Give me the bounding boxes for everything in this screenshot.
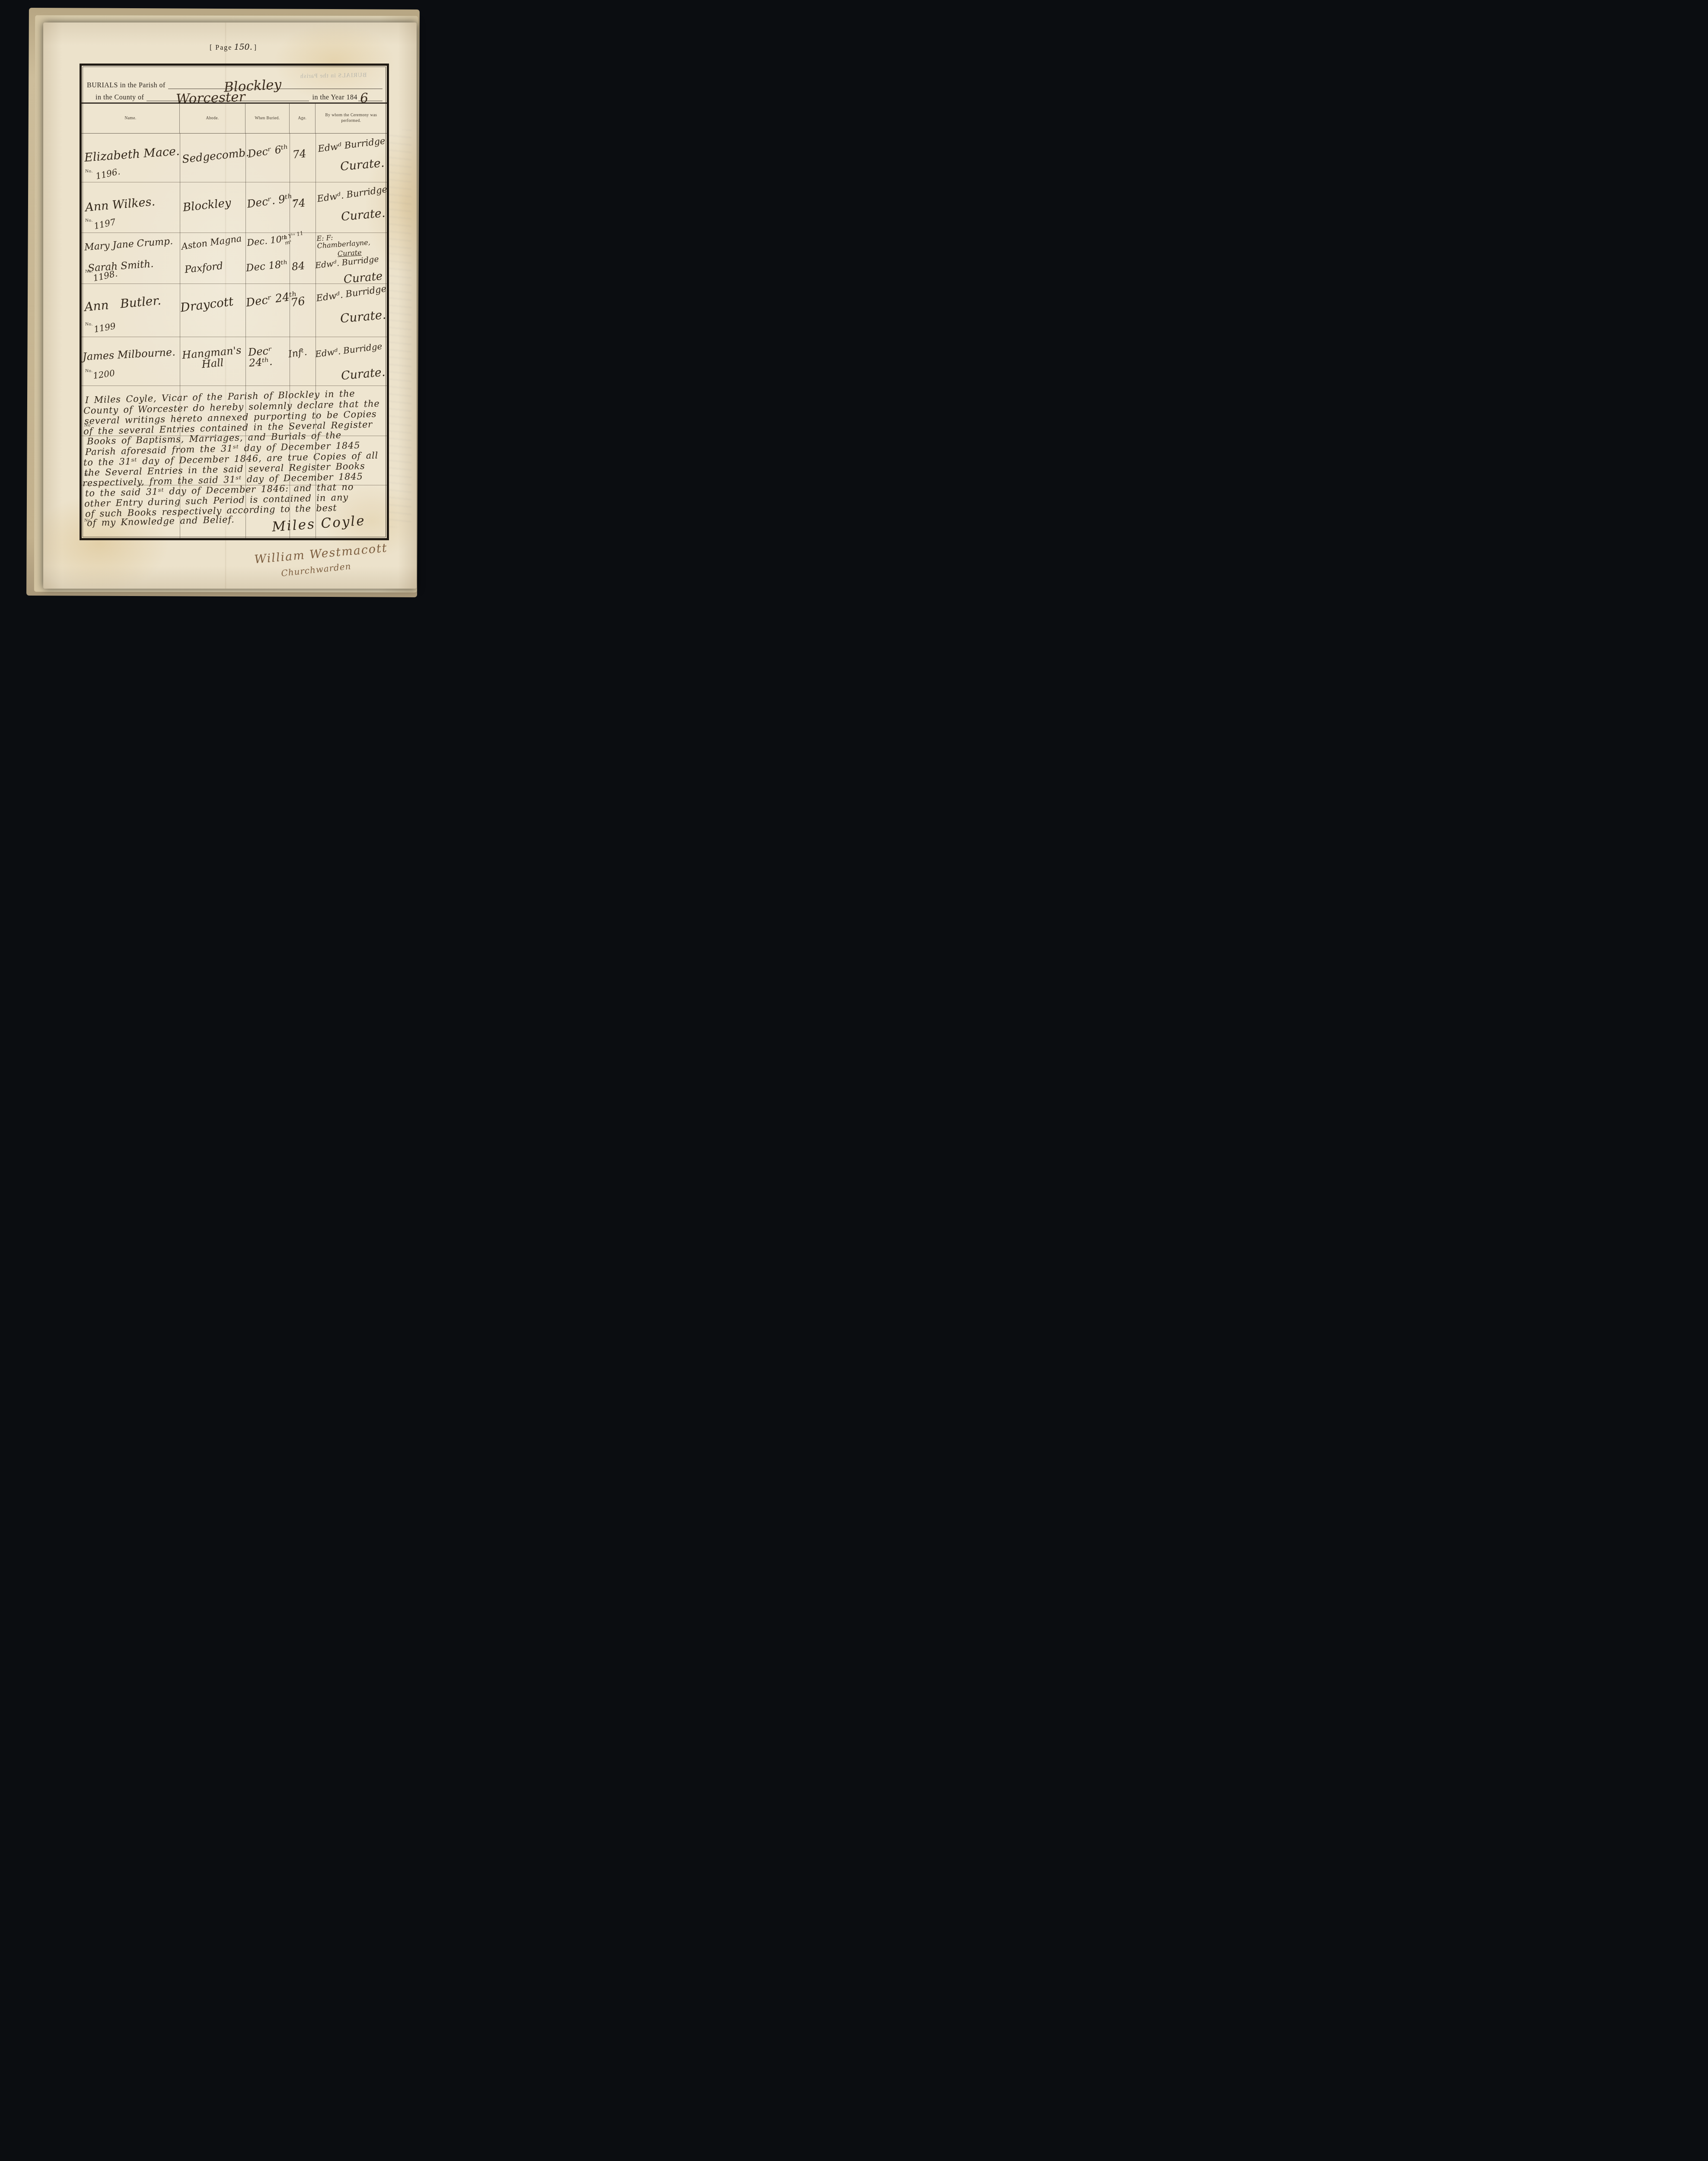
- no-label: No.: [85, 218, 93, 223]
- entry-number: 1199: [93, 322, 117, 335]
- entry-number: 1200: [92, 369, 115, 381]
- grid-hline-4: [82, 284, 387, 284]
- entry-minister: Edwᵈ. Burridge: [315, 342, 382, 359]
- entry-minister: Edwᵈ Burridge: [317, 136, 386, 154]
- no-label: No: [84, 423, 90, 428]
- no-label: No.: [84, 518, 92, 523]
- column-header-when-buried: When Buried.: [245, 104, 290, 133]
- entry-minister: Edwᵈ. Burridge: [316, 185, 388, 204]
- entry-name: Elizabeth Mace.: [84, 145, 180, 164]
- entry-when-buried: Dec 18ᵗʰ: [245, 259, 288, 274]
- no-label: No.: [85, 169, 93, 174]
- entry-when-buried: Dec. 10ᵗʰ: [246, 234, 288, 248]
- entry-abode: Hangman's Hall: [181, 345, 243, 372]
- entry-age: 74: [292, 148, 307, 160]
- entry-when-buried: Decʳ 6ᵗʰ: [247, 143, 289, 160]
- entry-name: James Milbourne.: [82, 347, 175, 362]
- header-line-2: in the County of Worcester in the Year 1…: [96, 87, 382, 101]
- entry-name: Sarah Smith.: [87, 259, 154, 274]
- entry-minister: Edwᵈ. Burridge: [315, 255, 379, 270]
- entry-age: 76: [290, 296, 306, 309]
- no-label: No: [84, 472, 90, 477]
- in-year-printed: in the Year 184: [312, 94, 357, 101]
- entry-minister: E: F: Chamberlayne,: [316, 232, 373, 250]
- entry-minister-title: Curate.: [341, 367, 386, 382]
- entry-name: Ann Butler.: [84, 294, 162, 313]
- grid-hline-1: [82, 133, 387, 134]
- grid-hline-3: [82, 233, 387, 233]
- entry-number: 1197: [93, 217, 116, 231]
- column-header-age: Age.: [290, 104, 315, 133]
- grid-hline-6: [82, 386, 387, 386]
- ink-bleedthrough-strip: [387, 130, 411, 527]
- declaration-line: of my Knowledge and Belief.: [87, 515, 235, 528]
- no-label: No.: [85, 322, 93, 327]
- entry-when-buried: Decʳ. 9ᵗʰ.: [246, 192, 297, 210]
- no-label: No.: [85, 368, 93, 373]
- column-header-ceremony: By whom the Ceremony was performed.: [315, 104, 387, 133]
- entry-when-buried: Decʳ 24ᵗʰ.: [248, 344, 288, 369]
- entry-age: Infᵗ.: [288, 347, 308, 360]
- column-header-row: Name. Abode. When Buried. Age. By whom t…: [82, 102, 387, 133]
- entry-abode: Sedgecomb.: [182, 147, 249, 165]
- entry-age: 84: [291, 260, 306, 272]
- county-fill-rule: Worcester: [147, 87, 309, 101]
- entry-abode: Draycott: [180, 295, 234, 314]
- entry-minister-title: Curate.: [341, 207, 386, 223]
- entry-abode: Aston Magna: [181, 233, 242, 251]
- vicar-signature: Miles Coyle: [271, 513, 366, 535]
- entry-minister: Edwᵈ. Burridge: [315, 284, 387, 303]
- grid-hline-5: [82, 337, 387, 337]
- page-label-prefix: [ Page: [210, 44, 232, 51]
- entry-abode: Blockley: [182, 197, 232, 214]
- parish-fill-rule: Blockley: [168, 70, 382, 89]
- page-number-label: [ Page 150. ]: [186, 42, 281, 52]
- page-label-suffix: ]: [254, 44, 257, 51]
- in-county-of-printed: in the County of: [96, 94, 144, 101]
- entry-abode: Paxford: [184, 261, 223, 275]
- entry-minister-title: Curate.: [340, 308, 386, 325]
- entry-age: 74: [291, 197, 306, 210]
- column-header-abode: Abode.: [180, 104, 245, 133]
- header-line-1: BURIALS in the Parish of Blockley: [87, 71, 382, 89]
- burial-register-table: BURIALS in the Parish of Blockley in the…: [80, 64, 389, 540]
- year-fill-rule: 6: [358, 87, 382, 101]
- entry-number: 1196.: [95, 167, 121, 181]
- column-header-name: Name.: [82, 104, 180, 133]
- entry-name: Ann Wilkes.: [85, 196, 156, 214]
- grid-hline-2: [82, 182, 387, 182]
- entry-name: Mary Jane Crump.: [84, 236, 173, 252]
- page-number-handwritten: 150.: [234, 42, 252, 52]
- entry-minister-title: Curate.: [340, 157, 385, 173]
